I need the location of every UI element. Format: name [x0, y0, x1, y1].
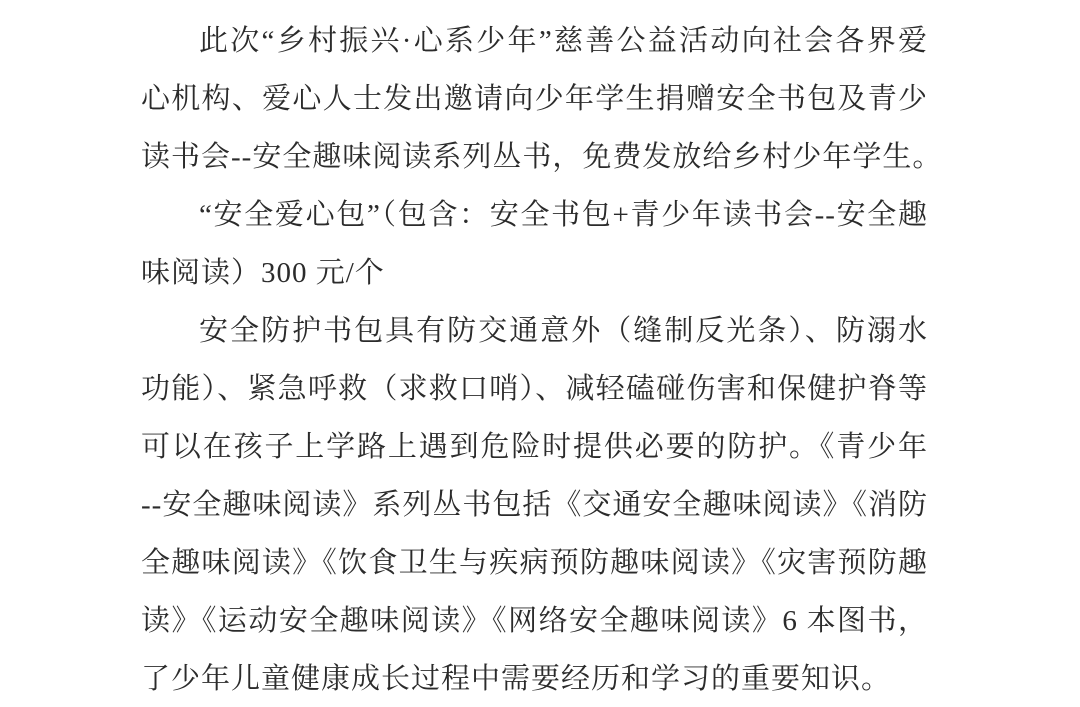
paragraph-invitation: 此次“乡村振兴·心系少年”慈善公益活动向社会各界爱 心机构、爱心人士发出邀请向少… — [141, 12, 928, 186]
text-line: 味阅读）300 元/个 — [141, 244, 928, 302]
text-line: --安全趣味阅读》系列丛书包括《交通安全趣味阅读》《消防安 — [141, 476, 928, 534]
text-line: 可以在孩子上学路上遇到危险时提供必要的防护。《青少年读书会 — [141, 418, 928, 476]
text-line: 全趣味阅读》《饮食卫生与疾病预防趣味阅读》《灾害预防趣味阅 — [141, 534, 928, 592]
text-line: 读书会--安全趣味阅读系列丛书，免费发放给乡村少年学生。 — [141, 128, 928, 186]
document-page: 此次“乡村振兴·心系少年”慈善公益活动向社会各界爱 心机构、爱心人士发出邀请向少… — [0, 0, 1080, 707]
text-line: 此次“乡村振兴·心系少年”慈善公益活动向社会各界爱 — [141, 12, 928, 70]
document-text-block: 此次“乡村振兴·心系少年”慈善公益活动向社会各界爱 心机构、爱心人士发出邀请向少… — [141, 12, 928, 707]
text-line: 了少年儿童健康成长过程中需要经历和学习的重要知识。 — [141, 650, 928, 707]
text-line: “安全爱心包”（包含：安全书包+青少年读书会--安全趣 — [141, 186, 928, 244]
text-line: 心机构、爱心人士发出邀请向少年学生捐赠安全书包及青少年 — [141, 70, 928, 128]
text-line: 安全防护书包具有防交通意外（缝制反光条）、防溺水（漂浮 — [141, 302, 928, 360]
text-line: 功能）、紧急呼救（求救口哨）、减轻磕碰伤害和保健护脊等功能， — [141, 360, 928, 418]
paragraph-backpack-and-books: 安全防护书包具有防交通意外（缝制反光条）、防溺水（漂浮 功能）、紧急呼救（求救口… — [141, 302, 928, 707]
text-line: 读》《运动安全趣味阅读》《网络安全趣味阅读》6 本图书，涵盖 — [141, 592, 928, 650]
paragraph-love-package-price: “安全爱心包”（包含：安全书包+青少年读书会--安全趣 味阅读）300 元/个 — [141, 186, 928, 302]
